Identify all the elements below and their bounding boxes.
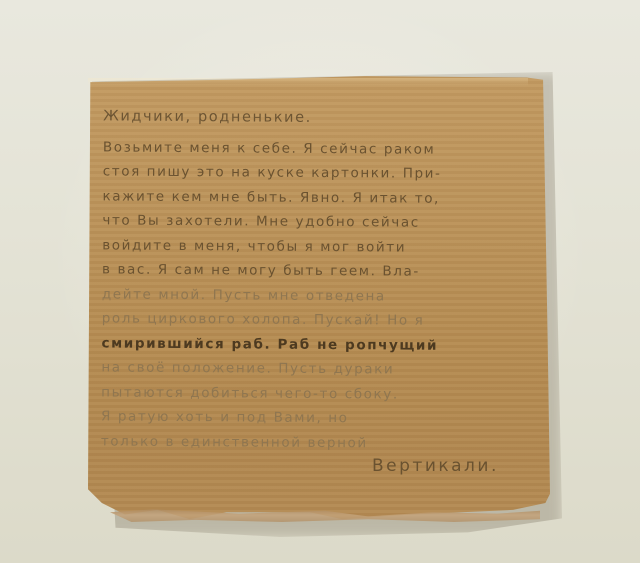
note-signature: Вертикали. bbox=[372, 456, 499, 476]
note-line: Я ратую хоть и под Вами, но bbox=[101, 404, 551, 432]
note-line: в вас. Я сам не могу быть геем. Вла- bbox=[102, 257, 552, 285]
note-line: роль циркового холопа. Пускай! Но я bbox=[102, 306, 552, 334]
note-line: стоя пишу это на куске картонки. При- bbox=[103, 159, 553, 187]
note-line: Возьмите меня к себе. Я сейчас раком bbox=[103, 135, 553, 163]
note-line: только в единственной верной bbox=[101, 429, 551, 457]
note-greeting: Жидчики, родненькие. bbox=[103, 104, 553, 132]
note-line: смирившийся раб. Раб не ропчущий bbox=[101, 331, 551, 359]
cardboard-fold bbox=[88, 78, 528, 86]
note-line: кажите кем мне быть. Явно. Я итак то, bbox=[102, 184, 552, 212]
note-line: на своё положение. Пусть дураки bbox=[101, 355, 551, 383]
note-line: дейте мной. Пусть мне отведена bbox=[102, 282, 552, 310]
handwritten-note: Жидчики, родненькие. Возьмите меня к себ… bbox=[101, 104, 553, 456]
note-line: что Вы захотели. Мне удобно сейчас bbox=[102, 208, 552, 236]
note-line: войдите в меня, чтобы я мог войти bbox=[102, 233, 552, 261]
note-line: пытаются добиться чего-то сбоку. bbox=[101, 380, 551, 408]
